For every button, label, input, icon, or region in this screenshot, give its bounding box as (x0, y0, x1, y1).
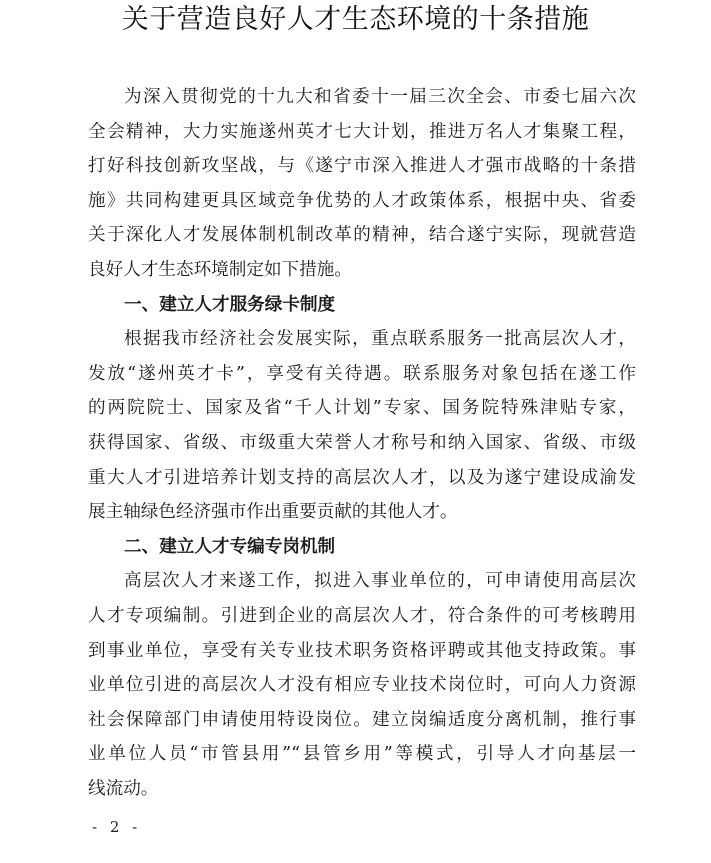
body-line: 全会精神，大力实施遂州英才七大计划，推进万名人才集聚工程， (88, 115, 636, 150)
body-line: 为深入贯彻党的十九大和省委十一届三次全会、市委七届六次 (88, 80, 636, 115)
body-line: 良好人才生态环境制定如下措施。 (88, 253, 636, 288)
document-title: 关于营造良好人才生态环境的十条措施 (0, 2, 711, 38)
body-line: 高层次人才来遂工作，拟进入事业单位的，可申请使用高层次 (88, 564, 636, 599)
body-line: 线流动。 (88, 772, 636, 807)
body-line: 重大人才引进培养计划支持的高层次人才，以及为遂宁建设成渝发 (88, 461, 636, 496)
body-line: 获得国家、省级、市级重大荣誉人才称号和纳入国家、省级、市级 (88, 426, 636, 461)
body-line: 发放“遂州英才卡”，享受有关待遇。联系服务对象包括在遂工作 (88, 357, 636, 392)
document-body: 为深入贯彻党的十九大和省委十一届三次全会、市委七届六次 全会精神，大力实施遂州英… (88, 80, 636, 806)
body-line: 业单位人员“市管县用”“县管乡用”等模式，引导人才向基层一 (88, 737, 636, 772)
body-line: 社会保障部门申请使用特设岗位。建立岗编适度分离机制，推行事 (88, 703, 636, 738)
body-line: 业单位引进的高层次人才没有相应专业技术岗位时，可向人力资源 (88, 668, 636, 703)
body-line: 打好科技创新攻坚战，与《遂宁市深入推进人才强市战略的十条措 (88, 149, 636, 184)
body-line: 的两院院士、国家及省“千人计划”专家、国务院特殊津贴专家， (88, 391, 636, 426)
page-number: - 2 - (92, 815, 141, 839)
section-heading-2: 二、建立人才专编专岗机制 (88, 530, 636, 565)
body-line: 展主轴绿色经济强市作出重要贡献的其他人才。 (88, 495, 636, 530)
body-line: 施》共同构建更具区域竞争优势的人才政策体系，根据中央、省委 (88, 184, 636, 219)
body-line: 到事业单位，享受有关专业技术职务资格评聘或其他支持政策。事 (88, 634, 636, 669)
body-line: 关于深化人才发展体制机制改革的精神，结合遂宁实际，现就营造 (88, 218, 636, 253)
body-line: 根据我市经济社会发展实际，重点联系服务一批高层次人才， (88, 322, 636, 357)
section-heading-1: 一、建立人才服务绿卡制度 (88, 288, 636, 323)
body-line: 人才专项编制。引进到企业的高层次人才，符合条件的可考核聘用 (88, 599, 636, 634)
